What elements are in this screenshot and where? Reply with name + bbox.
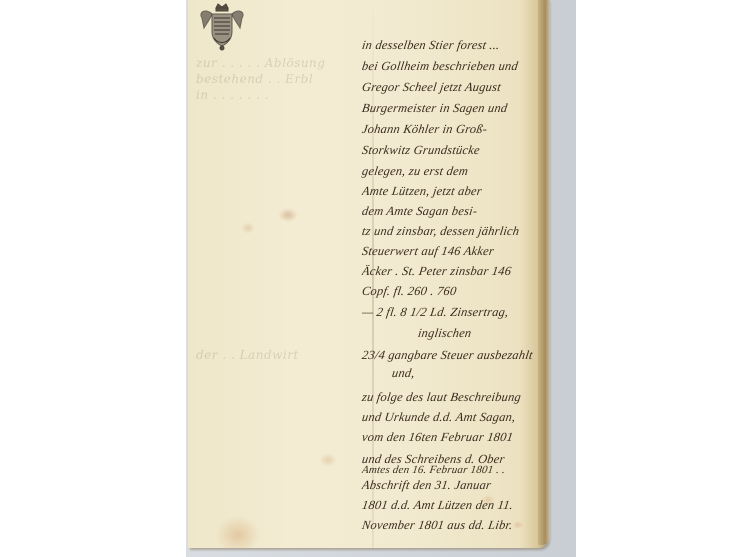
- bleed-through-line: zur . . . . . Ablösung: [196, 56, 376, 70]
- handwritten-line: und,: [391, 366, 571, 381]
- handwritten-line: dem Amte Sagan besi-: [361, 204, 541, 219]
- handwritten-line: 1801 d.d. Amt Lützen den 11.: [361, 498, 541, 513]
- handwritten-line: Amtes den 16. Februar 1801 . .: [361, 464, 541, 476]
- handwritten-line: Abschrift den 31. Januar: [361, 478, 541, 493]
- bleed-through-line: der . . Landwirt: [196, 348, 376, 362]
- handwritten-line: November 1801 aus dd. Libr.: [361, 518, 541, 533]
- bleed-through-line: bestehend . . Erbl: [196, 72, 376, 86]
- handwritten-line: bei Gollheim beschrieben und: [361, 59, 541, 74]
- handwritten-line: tz und zinsbar, dessen jährlich: [361, 224, 541, 239]
- handwritten-line: — 2 fl. 8 1/2 Ld. Zinsertrag,: [361, 305, 541, 320]
- handwritten-line: Storkwitz Grundstücke: [361, 143, 541, 158]
- handwritten-line: Gregor Scheel jetzt August: [361, 80, 541, 95]
- handwritten-line: Burgermeister in Sagen und: [361, 101, 541, 116]
- handwritten-line: 23/4 gangbare Steuer ausbezahlt: [361, 348, 541, 363]
- bleed-through-line: in . . . . . . .: [196, 88, 376, 102]
- handwritten-line: Amte Lützen, jetzt aber: [361, 184, 541, 199]
- handwritten-line: vom den 16ten Februar 1801: [361, 430, 541, 445]
- coat-of-arms-icon: [196, 2, 248, 52]
- handwritten-line: gelegen, zu erst dem: [361, 164, 541, 179]
- handwritten-line: zu folge des laut Beschreibung: [361, 390, 541, 405]
- handwritten-line: inglischen: [417, 326, 597, 341]
- handwritten-line: Äcker . St. Peter zinsbar 146: [361, 264, 541, 279]
- handwritten-line: in desselben Stier forest ...: [361, 38, 541, 53]
- handwritten-line: und Urkunde d.d. Amt Sagan,: [361, 410, 541, 425]
- handwritten-line: Steuerwert auf 146 Akker: [361, 244, 541, 259]
- handwritten-line: Copf. fl. 260 . 760: [361, 284, 541, 299]
- handwritten-line: Johann Köhler in Groß-: [361, 122, 541, 137]
